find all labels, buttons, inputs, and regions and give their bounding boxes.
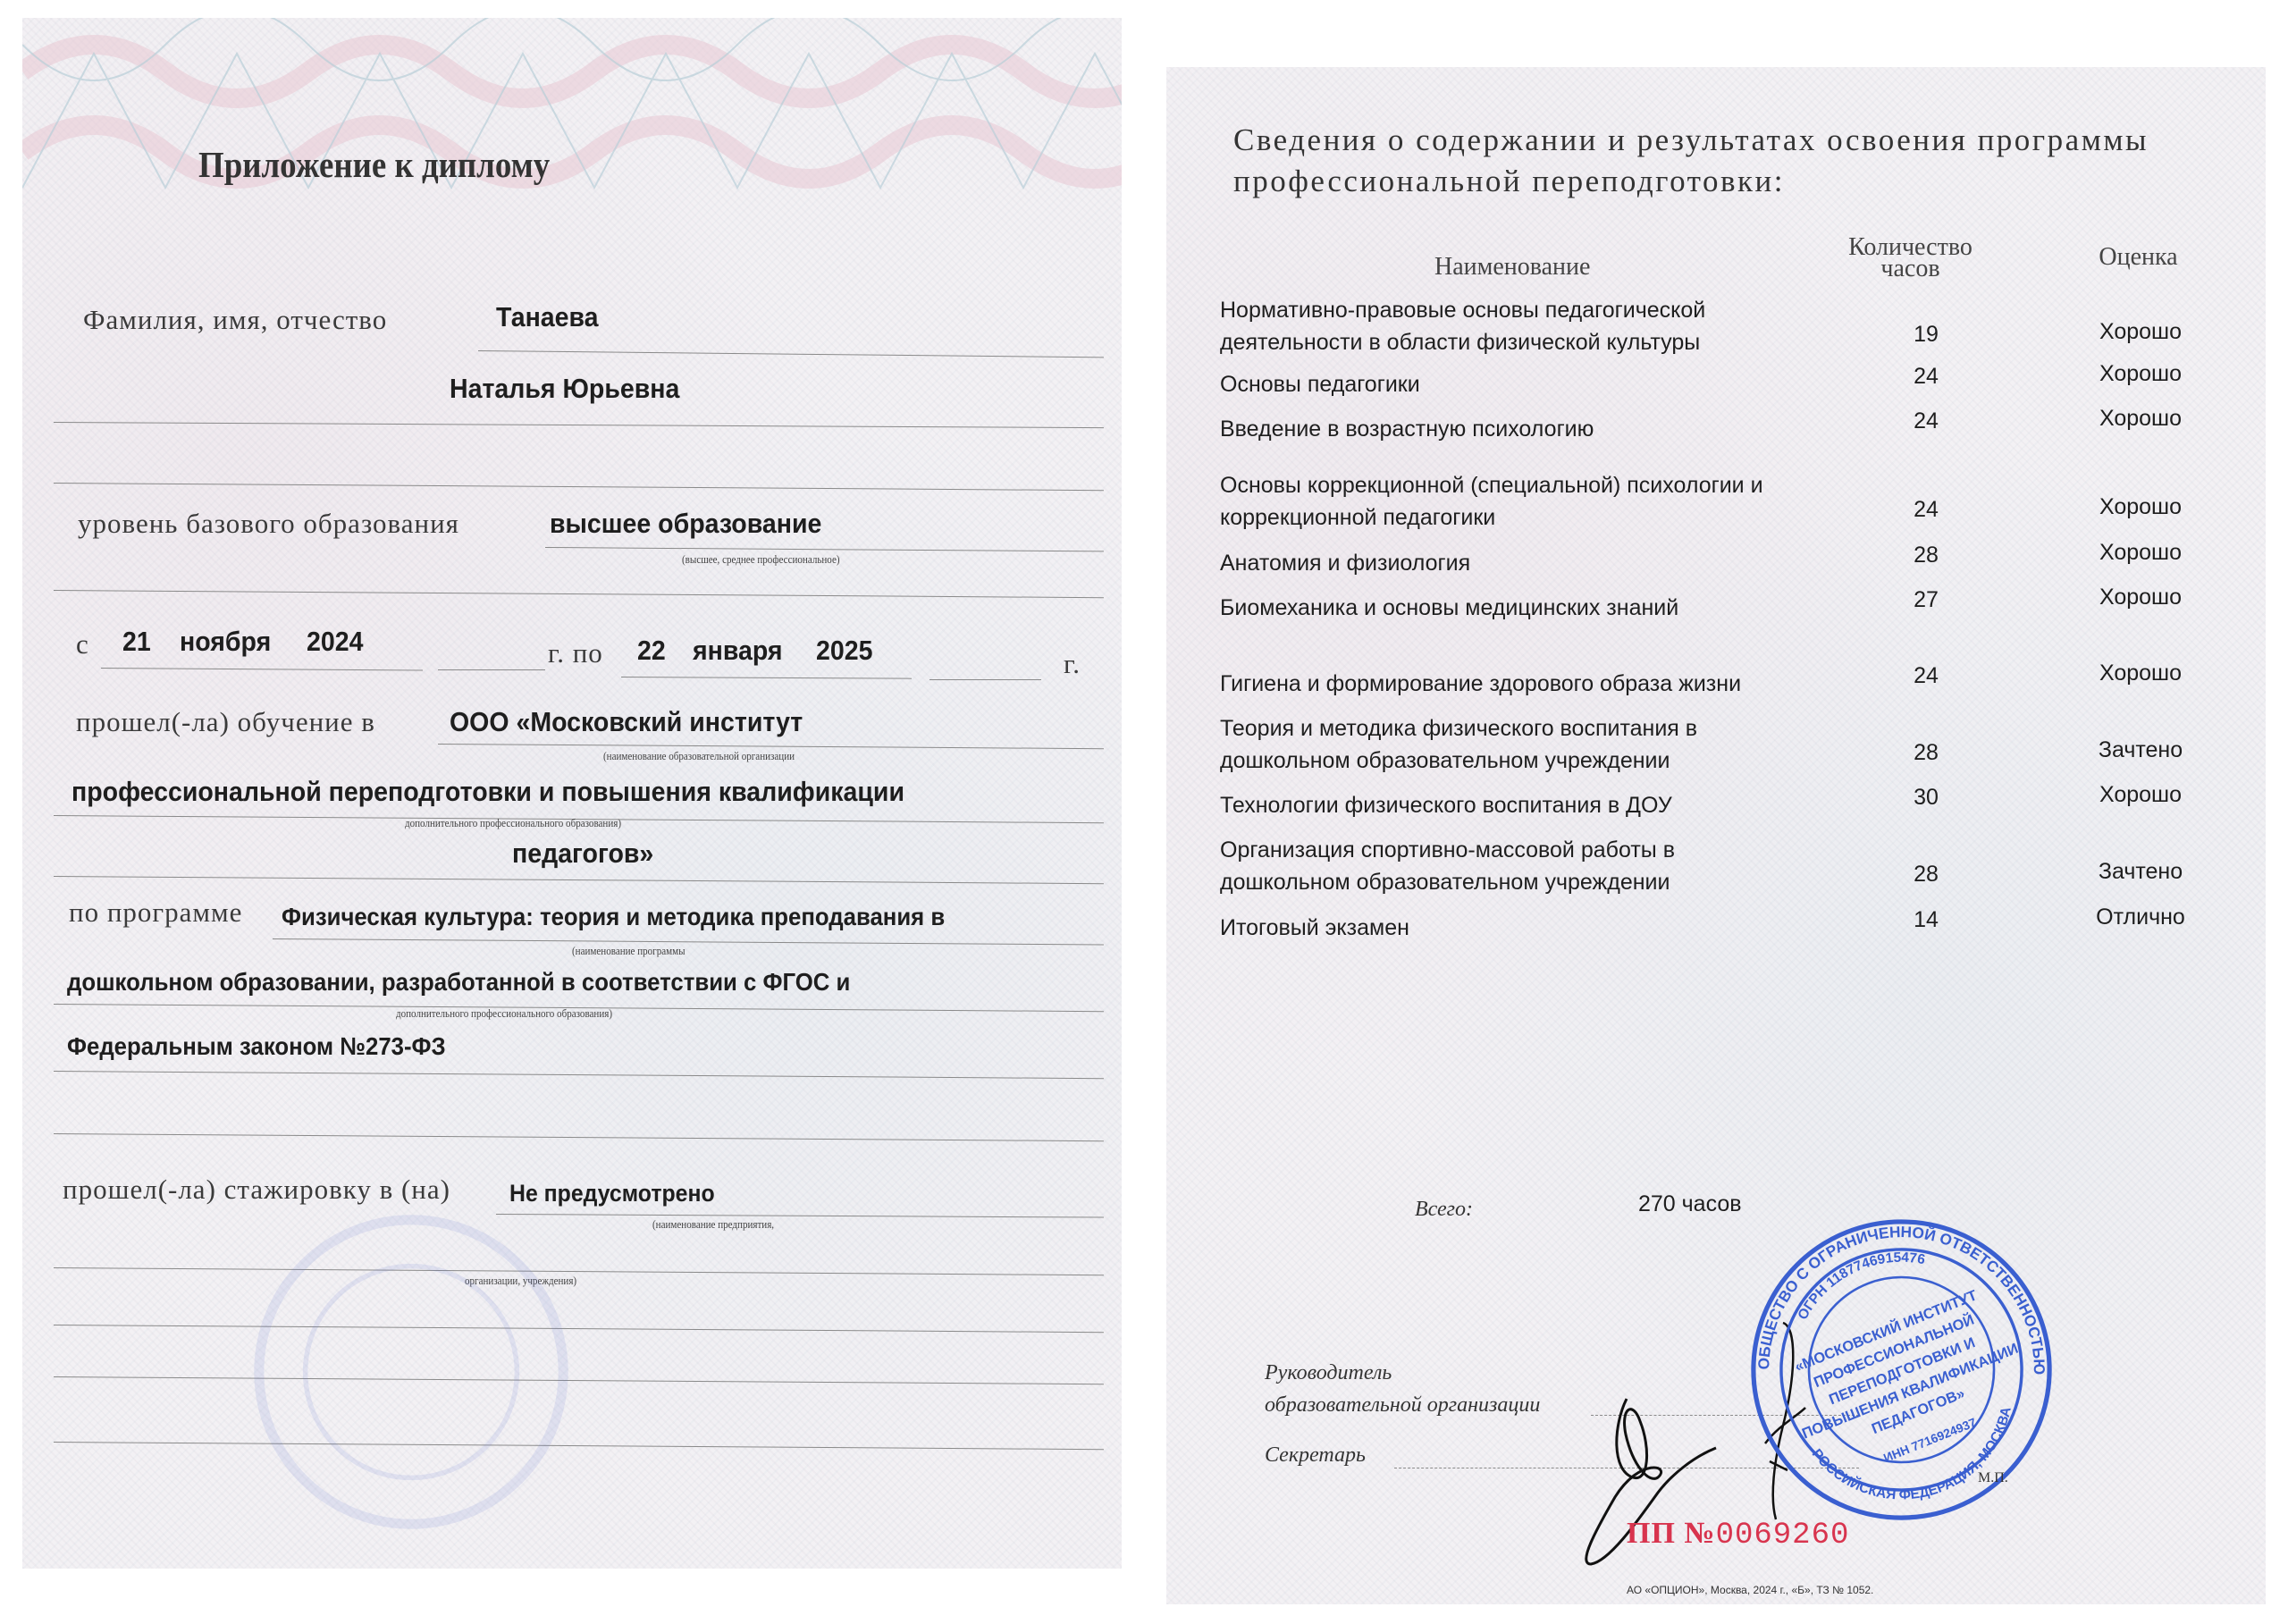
course-name-line: Итоговый экзамен bbox=[1220, 912, 1409, 944]
blank-rule bbox=[54, 590, 1104, 598]
course-name-line: Основы коррекционной (специальной) психо… bbox=[1220, 469, 1763, 501]
course-name-line: Гигиена и формирование здорового образа … bbox=[1220, 668, 1741, 700]
period-to-year: 2025 bbox=[816, 635, 872, 667]
head-label-line-1: Руководитель bbox=[1265, 1361, 1392, 1385]
course-hours: 27 bbox=[1908, 587, 1944, 613]
internship-caption-1: (наименование предприятия, bbox=[652, 1217, 774, 1232]
education-level-rule bbox=[545, 547, 1104, 551]
course-hours: 14 bbox=[1908, 907, 1944, 933]
column-header-hours-line-2: часов bbox=[1814, 258, 2006, 280]
table-row: Нормативно-правовые основы педагогическо… bbox=[1220, 294, 1705, 358]
course-hours: 24 bbox=[1908, 408, 1944, 434]
serial-number: ПП №0069260 bbox=[1627, 1517, 1849, 1552]
course-name-line: Технологии физического воспитания в ДОУ bbox=[1220, 789, 1672, 821]
education-level-caption: (высшее, среднее профессиональное) bbox=[682, 552, 840, 567]
seal-place-label: М.П. bbox=[1978, 1470, 2008, 1486]
org-line-1: ООО «Московский институт bbox=[450, 706, 803, 738]
program-caption-1: (наименование программы bbox=[572, 944, 686, 958]
course-hours: 28 bbox=[1908, 740, 1944, 766]
serial-digits: 0069260 bbox=[1716, 1519, 1850, 1552]
period-from-day: 21 bbox=[122, 626, 151, 658]
course-name-line: дошкольном образовательном учреждении bbox=[1220, 745, 1697, 777]
program-label: по программе bbox=[69, 896, 242, 929]
table-row: Биомеханика и основы медицинских знаний bbox=[1220, 592, 1678, 624]
blank-rule-2 bbox=[54, 1325, 1104, 1333]
org-line-3: педагогов» bbox=[512, 837, 653, 870]
course-grade: Зачтено bbox=[2078, 737, 2203, 763]
course-name-line: Введение в возрастную психологию bbox=[1220, 413, 1594, 445]
period-from-year-rule bbox=[438, 669, 545, 670]
page-title: Приложение к диплому bbox=[198, 143, 550, 186]
course-name-line: дошкольном образовательном учреждении bbox=[1220, 866, 1675, 898]
course-grade: Хорошо bbox=[2078, 494, 2203, 520]
program-caption-2: дополнительного профессионального образо… bbox=[396, 1006, 612, 1021]
diploma-supplement-left-page: Приложение к диплому Фамилия, имя, отчес… bbox=[22, 18, 1122, 1569]
course-grade: Хорошо bbox=[2078, 540, 2203, 566]
blank-rule-4 bbox=[54, 1442, 1104, 1450]
table-row: Основы педагогики bbox=[1220, 368, 1420, 400]
column-header-grade: Оценка bbox=[2078, 243, 2199, 272]
table-row: Теория и методика физического воспитания… bbox=[1220, 712, 1697, 777]
course-grade: Отлично bbox=[2078, 905, 2203, 930]
period-to-rule bbox=[621, 677, 912, 679]
internship-label: прошел(-ла) стажировку в (на) bbox=[63, 1174, 450, 1206]
head-label-line-2: образовательной организации bbox=[1265, 1393, 1540, 1418]
course-grade: Зачтено bbox=[2078, 859, 2203, 885]
table-row: Введение в возрастную психологию bbox=[1220, 413, 1594, 445]
guilloche-pattern-icon bbox=[22, 18, 1122, 223]
column-header-hours: Количество часов bbox=[1814, 237, 2006, 280]
program-rule-3 bbox=[54, 1071, 1104, 1079]
fio-rule-2 bbox=[54, 422, 1104, 428]
printer-imprint: АО «ОПЦИОН», Москва, 2024 г., «Б», ТЗ № … bbox=[1627, 1584, 1873, 1596]
secretary-label: Секретарь bbox=[1265, 1443, 1366, 1468]
table-row: Основы коррекционной (специальной) психо… bbox=[1220, 469, 1763, 534]
period-to-year-rule bbox=[929, 679, 1041, 680]
program-rule-1 bbox=[273, 938, 1104, 945]
course-hours: 24 bbox=[1908, 663, 1944, 689]
program-rule-4 bbox=[54, 1133, 1104, 1141]
org-caption-2: дополнительного профессионального образо… bbox=[405, 816, 621, 830]
blank-rule-3 bbox=[54, 1376, 1104, 1384]
table-row: Итоговый экзамен bbox=[1220, 912, 1409, 944]
course-hours: 28 bbox=[1908, 862, 1944, 888]
surname-value: Танаева bbox=[496, 301, 599, 333]
course-grade: Хорошо bbox=[2078, 782, 2203, 808]
course-hours: 19 bbox=[1908, 322, 1944, 348]
course-grade: Хорошо bbox=[2078, 319, 2203, 345]
org-line-2: профессиональной переподготовки и повыше… bbox=[71, 776, 904, 808]
education-level-label: уровень базового образования bbox=[78, 508, 459, 540]
fio-rule-3 bbox=[54, 483, 1104, 491]
table-row: Технологии физического воспитания в ДОУ bbox=[1220, 789, 1672, 821]
internship-value: Не предусмотрено bbox=[509, 1180, 715, 1207]
org-rule-3 bbox=[54, 876, 1104, 884]
period-suffix: г. bbox=[1064, 648, 1081, 680]
course-hours: 24 bbox=[1908, 364, 1944, 390]
serial-prefix: ПП № bbox=[1627, 1517, 1716, 1550]
content-heading-line-2: профессиональной переподготовки: bbox=[1233, 164, 1785, 199]
period-from-rule bbox=[101, 668, 423, 671]
course-name-line: деятельности в области физической культу… bbox=[1220, 326, 1705, 358]
course-name-line: коррекционной педагогики bbox=[1220, 501, 1763, 534]
course-name-line: Нормативно-правовые основы педагогическо… bbox=[1220, 294, 1705, 326]
column-header-name: Наименование bbox=[1434, 253, 1590, 282]
course-grade: Хорошо bbox=[2078, 661, 2203, 686]
period-from-year: 2024 bbox=[307, 626, 363, 658]
organization-seal-icon: ОБЩЕСТВО С ОГРАНИЧЕННОЙ ОТВЕТСТВЕННОСТЬЮ… bbox=[1747, 1216, 2056, 1524]
period-from-prefix: с bbox=[76, 628, 89, 661]
name-patronymic-value: Наталья Юрьевна bbox=[450, 373, 679, 405]
org-caption-1: (наименование образовательной организаци… bbox=[603, 749, 795, 763]
program-line-1: Физическая культура: теория и методика п… bbox=[282, 903, 945, 931]
course-name-line: Анатомия и физиология bbox=[1220, 547, 1470, 579]
period-to-day: 22 bbox=[637, 635, 666, 667]
course-grade: Хорошо bbox=[2078, 406, 2203, 432]
period-from-month: ноября bbox=[180, 626, 271, 658]
content-heading-line-1: Сведения о содержании и результатах осво… bbox=[1233, 122, 2149, 158]
course-name-line: Организация спортивно-массовой работы в bbox=[1220, 834, 1675, 866]
fio-label: Фамилия, имя, отчество bbox=[83, 304, 387, 336]
trained-label: прошел(-ла) обучение в bbox=[76, 706, 375, 738]
program-line-3: Федеральным законом №273-ФЗ bbox=[67, 1032, 446, 1061]
course-hours: 30 bbox=[1908, 785, 1944, 811]
education-level-value: высшее образование bbox=[550, 508, 821, 540]
program-line-2: дошкольном образовании, разработанной в … bbox=[67, 968, 850, 997]
faint-stamp-imprint-icon bbox=[246, 1207, 576, 1537]
period-mid-label: г. по bbox=[548, 637, 603, 669]
table-row: Организация спортивно-массовой работы вд… bbox=[1220, 834, 1675, 898]
course-name-line: Теория и методика физического воспитания… bbox=[1220, 712, 1697, 745]
course-hours: 28 bbox=[1908, 543, 1944, 568]
course-grade: Хорошо bbox=[2078, 361, 2203, 387]
period-to-month: января bbox=[693, 635, 783, 667]
total-value: 270 часов bbox=[1638, 1191, 1742, 1217]
diploma-supplement-right-page: Сведения о содержании и результатах осво… bbox=[1166, 67, 2266, 1604]
table-row: Анатомия и физиология bbox=[1220, 547, 1470, 579]
course-grade: Хорошо bbox=[2078, 585, 2203, 610]
course-name-line: Биомеханика и основы медицинских знаний bbox=[1220, 592, 1678, 624]
fio-rule-1 bbox=[478, 350, 1104, 358]
course-name-line: Основы педагогики bbox=[1220, 368, 1420, 400]
internship-rule-2 bbox=[54, 1267, 1104, 1275]
internship-rule-1 bbox=[496, 1214, 1104, 1218]
course-hours: 24 bbox=[1908, 497, 1944, 523]
total-label: Всего: bbox=[1415, 1198, 1473, 1222]
table-row: Гигиена и формирование здорового образа … bbox=[1220, 668, 1741, 700]
